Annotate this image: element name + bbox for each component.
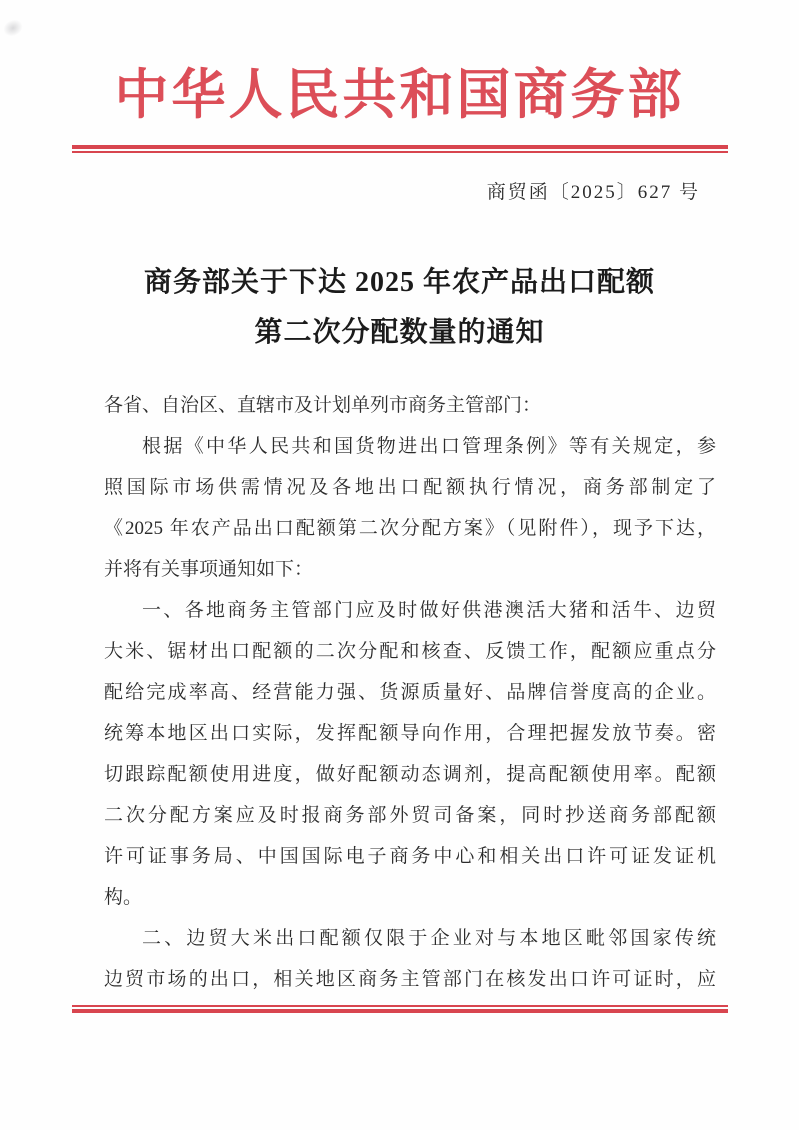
body-line: 边贸市场的出口，相关地区商务主管部门在核发出口许可证时，应 [104,959,716,1000]
body-line: 一、各地商务主管部门应及时做好供港澳活大猪和活牛、边贸 [104,590,716,631]
notice-body: 各省、自治区、直辖市及计划单列市商务主管部门： 根据《中华人民共和国货物进出口管… [104,385,716,1000]
notice-title-line1: 商务部关于下达 2025 年农产品出口配额 [0,258,799,308]
salutation-line: 各省、自治区、直辖市及计划单列市商务主管部门： [104,385,716,426]
body-line: 配给完成率高、经营能力强、货源质量好、品牌信誉度高的企业。 [104,672,716,713]
scanned-document-page: 中华人民共和国商务部 商贸函〔2025〕627 号 商务部关于下达 2025 年… [0,0,799,1130]
body-line: 构。 [104,877,716,918]
letterhead-top-rule [72,145,728,153]
body-line: 根据《中华人民共和国货物进出口管理条例》等有关规定，参 [104,426,716,467]
body-line: 二次分配方案应及时报商务部外贸司备案，同时抄送商务部配额 [104,795,716,836]
letterhead-agency-name: 中华人民共和国商务部 [0,52,799,129]
body-line: 《2025 年农产品出口配额第二次分配方案》（见附件），现予下达， [104,508,716,549]
scan-smudge-artifact [1,17,26,40]
body-line: 照国际市场供需情况及各地出口配额执行情况，商务部制定了 [104,467,716,508]
body-line: 切跟踪配额使用进度，做好配额动态调剂，提高配额使用率。配额 [104,754,716,795]
page-bottom-rule [72,1005,728,1013]
body-line: 许可证事务局、中国国际电子商务中心和相关出口许可证发证机 [104,836,716,877]
bottom-rule-thick-line [72,1009,728,1013]
notice-title: 商务部关于下达 2025 年农产品出口配额 第二次分配数量的通知 [0,258,799,358]
body-line: 大米、锯材出口配额的二次分配和核查、反馈工作，配额应重点分 [104,631,716,672]
document-reference-number: 商贸函〔2025〕627 号 [487,177,700,204]
top-rule-thin-line [72,151,728,153]
body-line: 二、边贸大米出口配额仅限于企业对与本地区毗邻国家传统 [104,918,716,959]
notice-title-line2: 第二次分配数量的通知 [0,308,799,358]
body-line: 统筹本地区出口实际，发挥配额导向作用，合理把握发放节奏。密 [104,713,716,754]
body-line: 并将有关事项通知如下： [104,549,716,590]
